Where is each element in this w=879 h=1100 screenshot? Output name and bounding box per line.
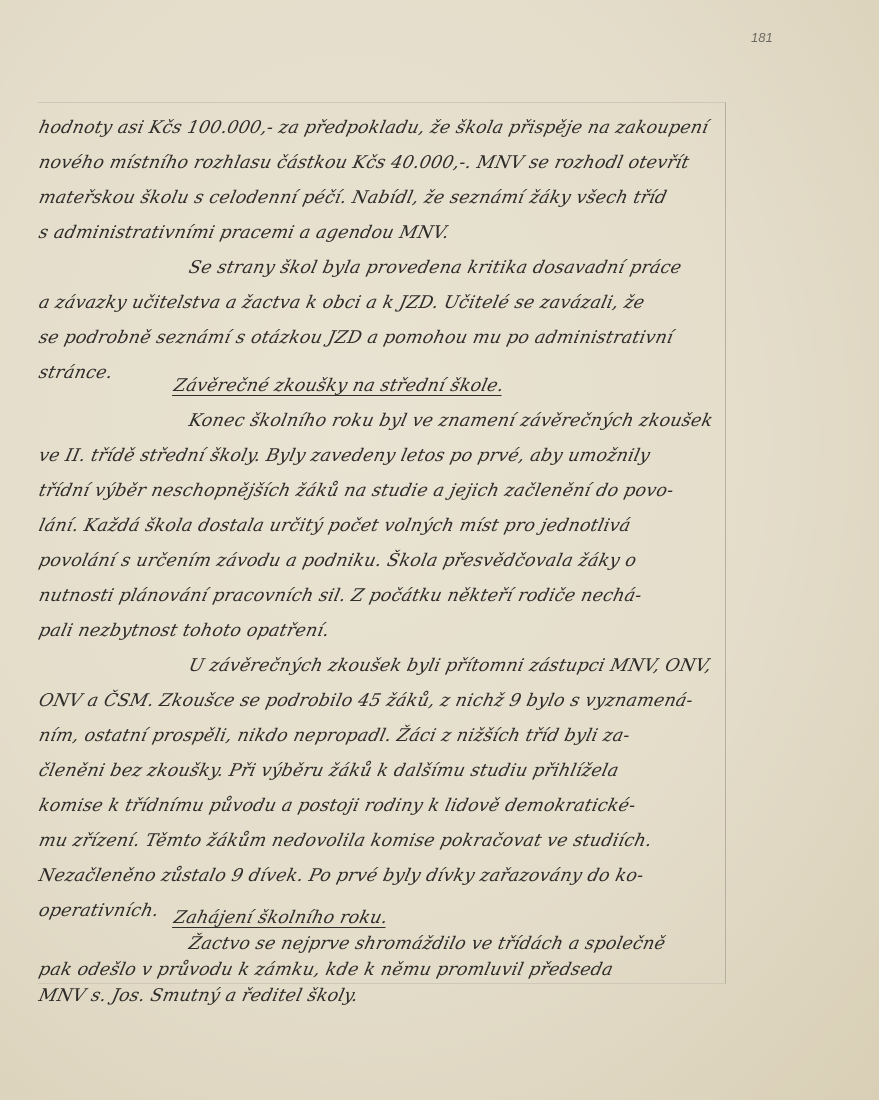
text-line: a závazky učitelstva a žactva k obci a k… [35, 293, 647, 323]
text-line: lání. Každá škola dostala určitý počet v… [35, 516, 633, 546]
text-line: operativních. [35, 901, 161, 931]
text-line: Se strany škol byla provedena kritika do… [185, 258, 684, 288]
section-heading-final-exams: Závěrečné zkoušky na střední škole. [170, 376, 506, 406]
text-line: nového místního rozhlasu částkou Kčs 40.… [35, 153, 691, 183]
text-line: s administrativními pracemi a agendou MN… [35, 223, 451, 253]
text-line: U závěrečných zkoušek byli přítomni zást… [185, 656, 713, 686]
text-line: stránce. [35, 363, 115, 393]
text-line: povolání s určením závodu a podniku. Ško… [35, 551, 638, 581]
text-line: Nezačleněno zůstalo 9 dívek. Po prvé byl… [35, 866, 646, 896]
text-line: ním, ostatní prospěli, nikdo nepropadl. … [35, 726, 632, 756]
text-line: hodnoty asi Kčs 100.000,- za předpokladu… [35, 118, 710, 148]
text-line: ve II. třídě střední školy. Byly zaveden… [35, 446, 652, 476]
text-line: třídní výběr neschopnějších žáků na stud… [35, 481, 676, 511]
text-line: nutnosti plánování pracovních sil. Z poč… [35, 586, 644, 616]
text-line: pali nezbytnost tohoto opatření. [35, 621, 331, 651]
text-line: mateřskou školu s celodenní péčí. Nabídl… [35, 188, 669, 218]
text-line: MNV s. Jos. Smutný a ředitel školy. [35, 986, 360, 1016]
text-line: Konec školního roku byl ve znamení závěr… [185, 411, 715, 441]
text-line: ONV a ČSM. Zkoušce se podrobilo 45 žáků,… [35, 691, 695, 721]
text-line: se podrobně seznámí s otázkou JZD a pomo… [35, 328, 675, 358]
page-number: 181 [751, 30, 773, 45]
text-line: komise k třídnímu původu a postoji rodin… [35, 796, 638, 826]
text-line: mu zřízení. Těmto žákům nedovolila komis… [35, 831, 654, 861]
text-line: členěni bez zkoušky. Při výběru žáků k d… [35, 761, 621, 791]
